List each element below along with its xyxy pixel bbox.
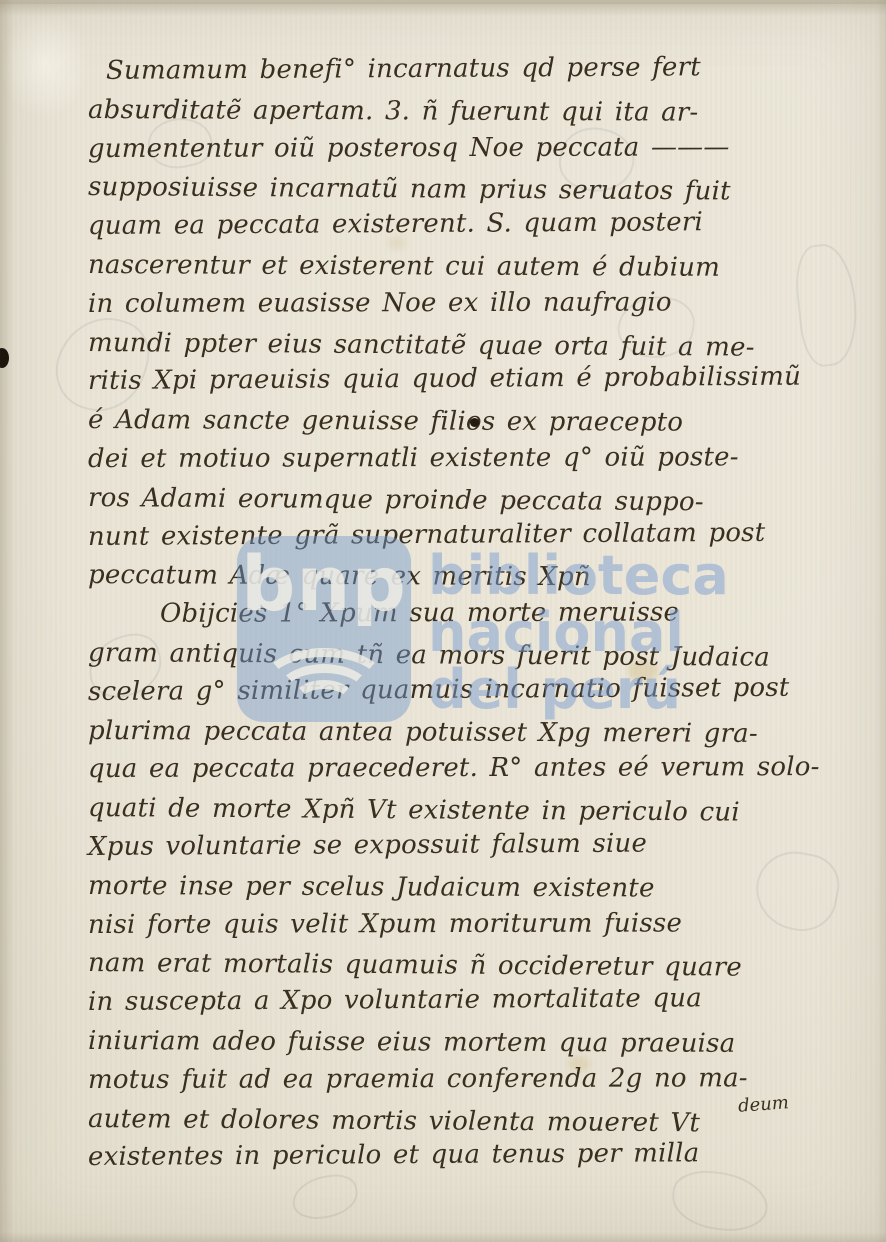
manuscript-page: Sumamum benefi° incarnatus qd perse fert… <box>0 0 886 1242</box>
paper-vignette <box>0 0 886 1242</box>
